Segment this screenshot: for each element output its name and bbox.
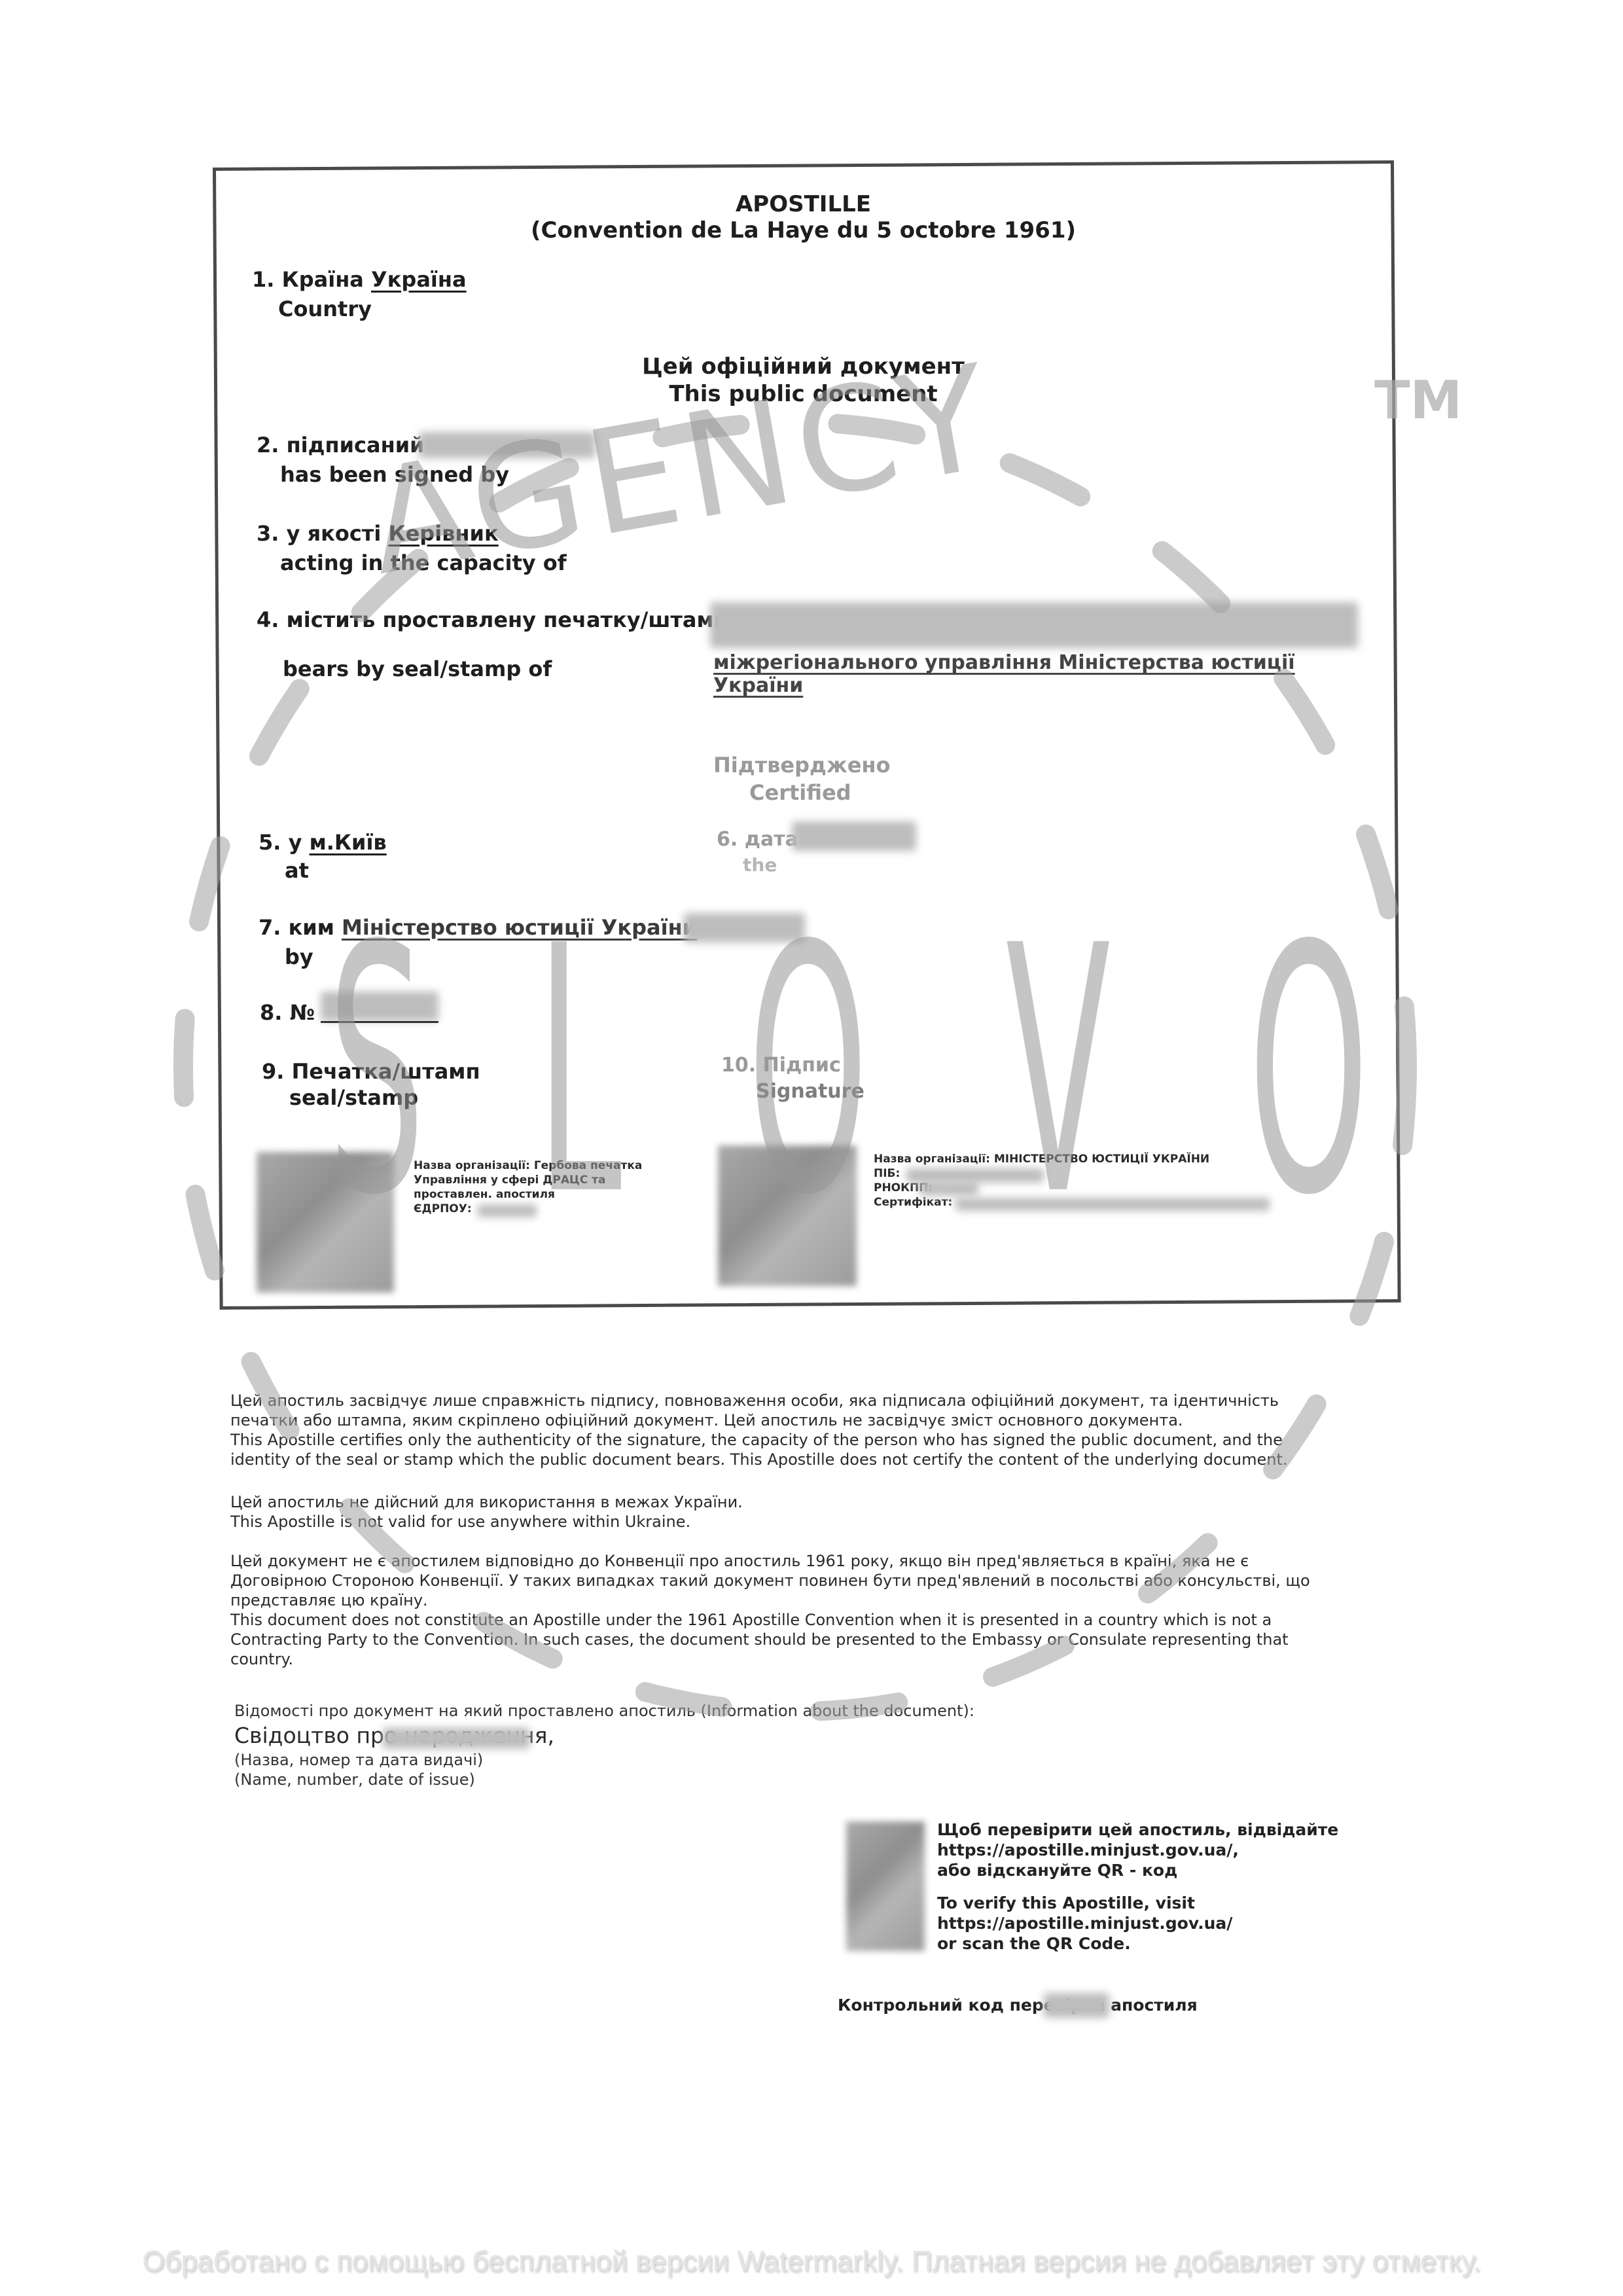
country-label: 1. Країна [252,267,364,292]
document-title: APOSTILLE [213,191,1394,217]
seal-label: 4. містить проставлену печатку/штамп [257,605,728,634]
note-p3-uk-1: Цей документ не є апостилем відповідно д… [230,1551,1408,1571]
public-document-en: This public document [213,381,1394,407]
document-info-hint-uk: (Назва, номер та дата видачі) [234,1751,483,1769]
document-info-redacted [383,1728,530,1749]
slovo-letters: S L O V O [268,844,1348,1270]
verify-en-1: To verify this Apostille, visit [937,1893,1232,1913]
seal-value-line1: міжрегіонального управління Міністерства… [713,651,1295,674]
field-country: 1. Країна Україна [252,265,467,294]
certified-uk: Підтверджено [713,753,890,778]
verify-uk: Щоб перевірити цей апостиль, відвідайте … [937,1820,1338,1880]
field-capacity: 3. у якості Керівник [257,519,499,548]
document-info-hint-en: (Name, number, date of issue) [234,1770,475,1789]
capacity-label-en: acting in the capacity of [280,548,567,577]
seal-label-en: bears by seal/stamp of [283,655,552,683]
verify-qr-redacted [846,1821,925,1951]
note-p3-en-3: country. [230,1649,1408,1669]
public-document-uk: Цей офіційний документ [213,353,1394,380]
verify-en-3: or scan the QR Code. [937,1933,1232,1954]
certified-en: Certified [749,780,851,805]
note-p2-uk: Цей апостиль не дійсний для використання… [230,1492,1408,1512]
signed-by-redacted [419,432,596,458]
notes-block-3: Цей документ не є апостилем відповідно д… [230,1551,1408,1669]
notes-block-2: Цей апостиль не дійсний для використання… [230,1492,1408,1532]
seal-redacted [710,602,1358,648]
seal-value-line2: України [713,674,803,697]
slovo-letter-v: V [1006,873,1111,1270]
verify-uk-1: Щоб перевірити цей апостиль, відвідайте [937,1820,1338,1840]
note-p1-en-2: identity of the seal or stamp which the … [230,1450,1408,1469]
verify-uk-url[interactable]: https://apostille.minjust.gov.ua/, [937,1840,1338,1860]
watermarkly-footer: Обработано с помощью бесплатной версии W… [0,2245,1623,2278]
control-code-label: Контрольний код перевірки апостиля [838,1995,1198,2015]
document-subtitle: (Convention de La Haye du 5 octobre 1961… [213,217,1394,243]
note-p3-en-2: Contracting Party to the Convention. In … [230,1630,1408,1649]
slovo-letter-o1: O [747,873,868,1270]
verify-en-url[interactable]: https://apostille.minjust.gov.ua/ [937,1913,1232,1933]
country-value: Україна [371,267,467,292]
note-p3-uk-2: Договірною Стороною Конвенції. У таких в… [230,1571,1408,1590]
slovo-letter-s: S [328,873,425,1270]
capacity-value: Керівник [388,521,498,546]
signed-by-label-en: has been signed by [280,460,509,489]
signed-by-label: 2. підписаний [257,431,425,459]
note-p1-en-1: This Apostille certifies only the authen… [230,1430,1408,1450]
note-p1-uk-1: Цей апостиль засвідчує лише справжність … [230,1391,1408,1410]
document-info-heading: Відомості про документ на який проставле… [234,1702,974,1720]
note-p2-en: This Apostille is not valid for use anyw… [230,1512,1408,1532]
capacity-label: 3. у якості [257,521,381,546]
note-p3-en-1: This document does not constitute an Apo… [230,1610,1408,1630]
note-p1-uk-2: печатки або штампа, яким скріплено офіці… [230,1410,1408,1430]
verify-uk-3: або відскануйте QR - код [937,1860,1338,1880]
country-label-en: Country [278,295,372,323]
control-code-redacted [1044,1993,1109,2018]
slovo-letter-l: L [537,873,622,1270]
verify-en: To verify this Apostille, visit https://… [937,1893,1232,1954]
note-p3-uk-3: представляє цю країну. [230,1590,1408,1610]
notes-block-1: Цей апостиль засвідчує лише справжність … [230,1391,1408,1469]
